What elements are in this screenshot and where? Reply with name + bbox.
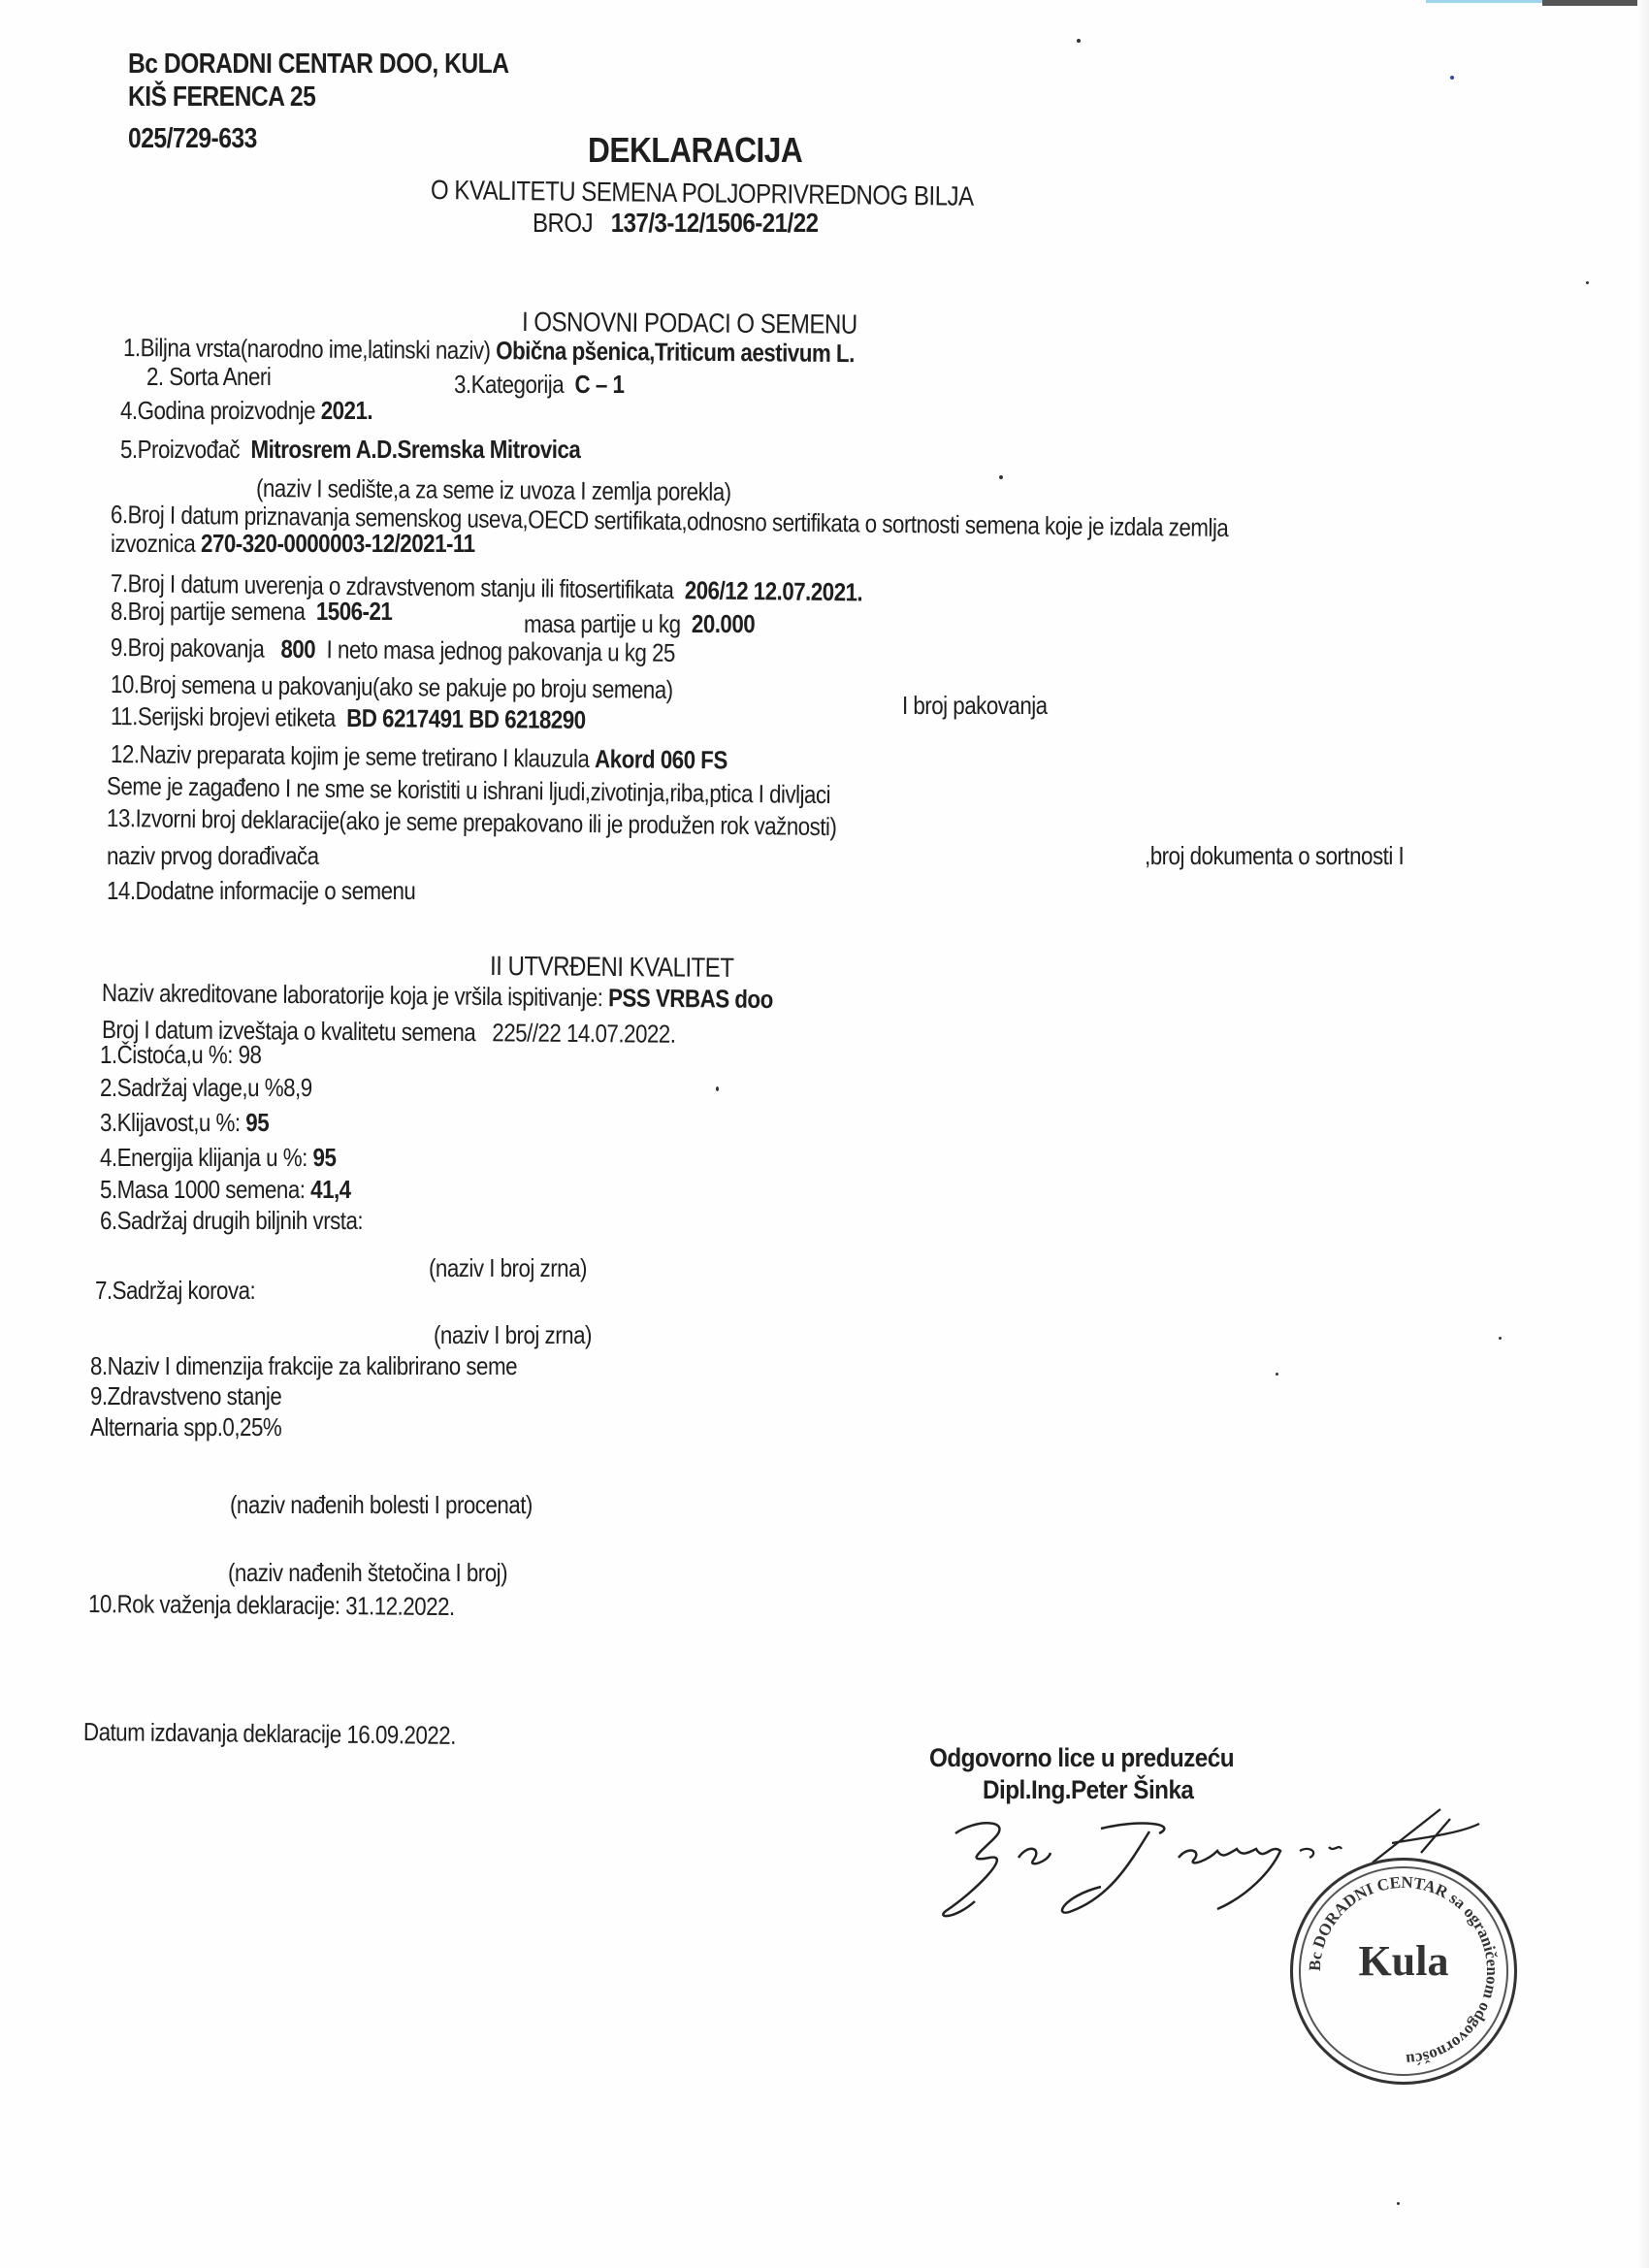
label-serials: BD 6217491 BD 6218290 — [346, 703, 586, 734]
document-number-row: BROJ 137/3-12/1506-21/22 — [533, 208, 818, 239]
company-name: Bc DORADNI CENTAR DOO, KULA — [128, 49, 509, 81]
item-8-mass: masa partije u kg 20.000 — [524, 609, 755, 639]
item-8: 8.Broj partije semena 1506-21 — [111, 597, 392, 627]
quality-2: 2.Sadržaj vlage,u %8,9 — [100, 1073, 312, 1103]
section2-heading: II UTVRĐENI KVALITET — [490, 951, 734, 984]
quality-9-value: Alternaria spp.0,25% — [90, 1412, 281, 1442]
thousand-seed-mass-value: 41,4 — [310, 1175, 350, 1204]
scan-speck — [1450, 76, 1454, 80]
item-13-line2: naziv prvog dorađivača — [107, 841, 319, 871]
quality-1: 1.Čistoća,u %: 98 — [100, 1040, 261, 1070]
lot-number: 1506-21 — [316, 597, 392, 626]
item-12: 12.Naziv preparata kojim je seme tretira… — [111, 739, 727, 775]
lot-mass: 20.000 — [692, 609, 755, 638]
issue-date: 16.09.2022. — [346, 1720, 456, 1750]
scan-speck — [1077, 39, 1081, 43]
responsible-label: Odgovorno lice u preduzeću — [929, 1743, 1234, 1773]
document-title: DEKLARACIJA — [588, 130, 802, 171]
variety-value: Aneri — [223, 362, 272, 391]
responsible-name: Dipl.Ing.Peter Šinka — [983, 1775, 1193, 1805]
scan-edge — [1637, 0, 1649, 2268]
document-subtitle: O KVALITETU SEMENA POLJOPRIVREDNOG BILJA — [431, 175, 974, 212]
item-5: 5.Proizvođač Mitrosrem A.D.Sremska Mitro… — [120, 435, 580, 465]
quality-3: 3.Klijavost,u %: 95 — [100, 1108, 269, 1138]
quality-5: 5.Masa 1000 semena: 41,4 — [100, 1175, 351, 1205]
package-count: 800 — [280, 634, 315, 664]
item-13-suffix: ,broj dokumenta o sortnosti I — [1145, 841, 1404, 871]
company-address: KIŠ FERENCA 25 — [128, 81, 315, 113]
producer-value: Mitrosrem A.D.Sremska Mitrovica — [250, 435, 580, 464]
scan-speck — [999, 475, 1003, 479]
item-10-suffix: I broj pakovanja — [902, 691, 1048, 721]
scan-speck — [1397, 2202, 1400, 2205]
lab-row: Naziv akreditovane laboratorije koja je … — [102, 978, 773, 1015]
treatment-value: Akord 060 FS — [595, 744, 727, 774]
issue-date-row: Datum izdavanja deklaracije 16.09.2022. — [83, 1717, 456, 1751]
item-2: 2. Sorta Aneri — [146, 362, 271, 392]
category-value: C – 1 — [575, 370, 625, 399]
package-net-mass: 25 — [652, 638, 675, 667]
company-phone: 025/729-633 — [128, 123, 257, 155]
report-value: 225//22 14.07.2022. — [492, 1018, 675, 1049]
item-4: 4.Godina proizvodnje 2021. — [120, 396, 372, 426]
item-10: 10.Broj semena u pakovanju(ako se pakuje… — [111, 669, 673, 705]
scan-artifact — [1426, 0, 1542, 3]
item-13: 13.Izvorni broj deklaracije(ako je seme … — [107, 803, 837, 842]
quality-8: 8.Naziv I dimenzija frakcije za kalibrir… — [90, 1351, 517, 1381]
certificate-number: 270-320-0000003-12/2021-11 — [201, 529, 474, 558]
item-11: 11.Serijski brojevi etiketa BD 6217491 B… — [111, 701, 586, 735]
species-value: Obična pšenica,Triticum aestivum L. — [496, 336, 855, 368]
section1-heading: I OSNOVNI PODACI O SEMENU — [522, 307, 857, 340]
document-number: 137/3-12/1506-21/22 — [611, 208, 819, 238]
purity-value: 98 — [239, 1040, 262, 1069]
scan-speck — [1499, 1337, 1502, 1340]
germination-value: 95 — [245, 1108, 269, 1137]
scan-artifact — [1542, 0, 1649, 6]
quality-9-note-pests: (naziv nađenih štetočina I broj) — [228, 1558, 507, 1588]
phyto-certificate: 206/12 12.07.2021. — [685, 575, 863, 606]
moisture-value: 8,9 — [283, 1073, 312, 1102]
quality-6: 6.Sadržaj drugih biljnih vrsta: — [100, 1206, 363, 1236]
company-stamp: Bc DORADNI CENTAR sa ograničenom odgovor… — [1290, 1858, 1517, 2085]
scan-speck — [716, 1086, 719, 1091]
quality-6-note: (naziv I broj zrna) — [429, 1253, 587, 1283]
item-6-line2: izvoznica 270-320-0000003-12/2021-11 — [111, 529, 475, 559]
item-14: 14.Dodatne informacije o semenu — [107, 876, 415, 906]
production-year-value: 2021. — [321, 396, 372, 425]
stamp-center-text: Kula — [1293, 1936, 1514, 1986]
quality-10: 10.Rok važenja deklaracije: 31.12.2022. — [88, 1589, 455, 1622]
item-9: 9.Broj pakovanja 800 I neto masa jednog … — [111, 632, 675, 668]
validity-date: 31.12.2022. — [345, 1591, 455, 1621]
item-3: 3.Kategorija C – 1 — [454, 370, 624, 400]
document-number-label: BROJ — [533, 208, 593, 238]
scan-speck — [1586, 281, 1589, 284]
quality-9-note-diseases: (naziv nađenih bolesti I procenat) — [230, 1490, 533, 1520]
lab-value: PSS VRBAS doo — [608, 983, 773, 1014]
quality-9: 9.Zdravstveno stanje — [90, 1381, 281, 1411]
quality-7: 7.Sadržaj korova: — [95, 1276, 255, 1306]
germination-energy-value: 95 — [313, 1143, 337, 1172]
scan-speck — [1276, 1373, 1278, 1376]
quality-4: 4.Energija klijanja u %: 95 — [100, 1143, 336, 1173]
quality-7-note: (naziv I broj zrna) — [434, 1320, 592, 1350]
